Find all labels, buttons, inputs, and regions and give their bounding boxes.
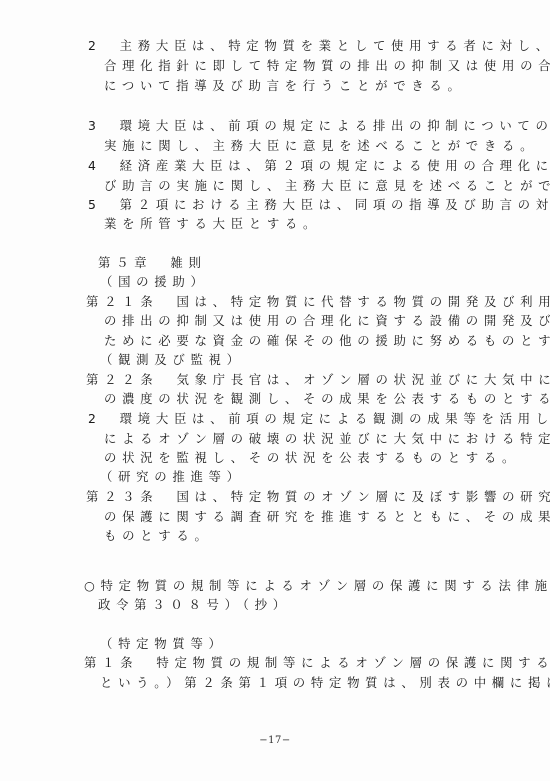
text-line: について指導及び助言を行うことができる。: [104, 78, 466, 94]
text-line: （国の援助）: [100, 274, 209, 290]
text-line: 2 主務大臣は、特定物質を業として使用する者に対し、排出抑制・使用: [88, 38, 550, 54]
text-line: の濃度の状況を観測し、その成果を公表するものとする。: [104, 391, 550, 407]
text-line: （特定物質等）: [100, 636, 227, 652]
document-page: 2 主務大臣は、特定物質を業として使用する者に対し、排出抑制・使用合理化指針に即…: [0, 0, 550, 781]
text-line: 第２３条 国は、特定物質のオゾン層に及ぼす影響の研究その他オゾン層: [86, 489, 550, 505]
text-line: ものとする。: [104, 528, 213, 544]
text-line: （研究の推進等）: [100, 469, 245, 485]
text-line: 4 経済産業大臣は、第２項の規定による使用の合理化についての指導及: [88, 158, 550, 174]
text-line: 業を所管する大臣とする。: [104, 216, 321, 232]
text-line: によるオゾン層の破壊の状況並びに大気中における特定物質の濃度変化: [104, 431, 550, 447]
text-line: 政令第３０８号）（抄）: [98, 597, 291, 613]
text-line: 第５章 雑則: [98, 255, 207, 271]
text-line: び助言の実施に関し、主務大臣に意見を述べることができる。: [104, 178, 550, 194]
text-line: 実施に関し、主務大臣に意見を述べることができる。: [104, 138, 538, 154]
text-line: の排出の抑制又は使用の合理化に資する設備の開発及び利用を促進する: [104, 313, 550, 329]
text-line: 第２１条 国は、特定物質に代替する物質の開発及び利用並びに特定物質: [86, 294, 550, 310]
text-line: という。）第２条第１項の特定物質は、別表の中欄に掲げるとおりとす: [100, 675, 550, 691]
text-line: の保護に関する調査研究を推進するとともに、その成果の普及に努める: [104, 509, 550, 525]
text-line: 第１条 特定物質の規制等によるオゾン層の保護に関する法律（以下「法」: [84, 655, 550, 671]
text-line: 3 環境大臣は、前項の規定による排出の抑制についての指導及び助言の: [88, 118, 550, 134]
text-line: 2 環境大臣は、前項の規定による観測の成果等を活用しつつ、特定物質: [88, 411, 550, 427]
text-line: の状況を監視し、その状況を公表するものとする。: [104, 450, 520, 466]
text-line: ○特定物質の規制等によるオゾン層の保護に関する法律施行令（平成６年: [84, 578, 550, 594]
text-line: ために必要な資金の確保その他の援助に努めるものとする。: [104, 333, 550, 349]
page-number: −17−: [0, 735, 550, 746]
text-line: 第２２条 気象庁長官は、オゾン層の状況並びに大気中における特定物質: [86, 372, 550, 388]
text-line: （観測及び監視）: [100, 352, 245, 368]
text-line: 5 第２項における主務大臣は、同項の指導及び助言の対象となる者の事: [88, 197, 550, 213]
text-line: 合理化指針に即して特定物質の排出の抑制又は使用の合理化を図ること: [104, 58, 550, 74]
